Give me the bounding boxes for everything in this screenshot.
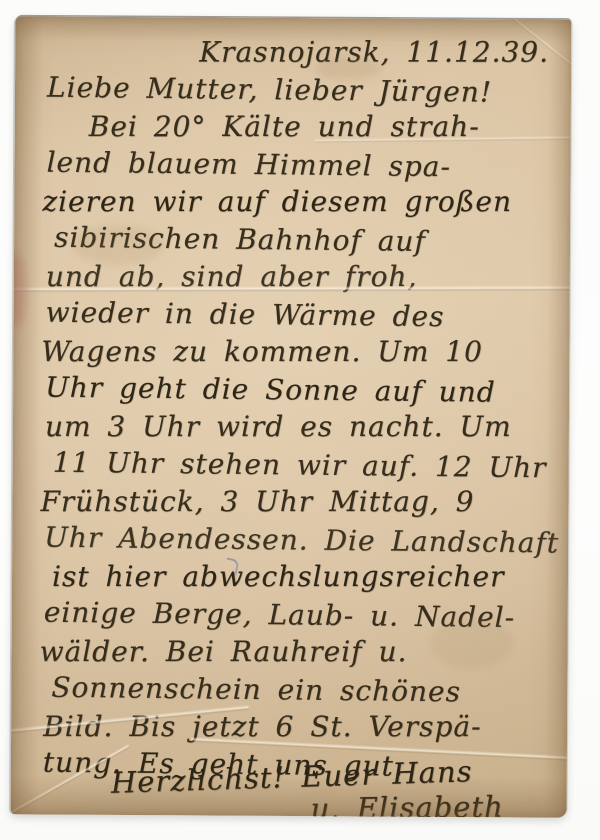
scanned-letter: Krasnojarsk, 11.12.39. Liebe Mutter, lie… <box>0 0 600 840</box>
letter-signature-line: u. Elisabeth <box>310 790 503 818</box>
letter-line: um 3 Uhr wird es nacht. Um <box>45 408 569 446</box>
letter-salutation: Liebe Mutter, lieber Jürgen! <box>47 68 571 111</box>
letter-paper: Krasnojarsk, 11.12.39. Liebe Mutter, lie… <box>11 16 572 817</box>
letter-line: lend blauem Himmel spa- <box>46 143 570 186</box>
letter-line: wieder in die Wärme des <box>45 293 569 336</box>
letter-dateline: Krasnojarsk, 11.12.39. <box>199 34 571 72</box>
letter-line: 11 Uhr stehen wir auf. 12 Uhr <box>53 443 569 486</box>
letter-line: Uhr Abendessen. Die Landschaft <box>44 518 568 561</box>
letter-line: Bild. Bis jetzt 6 St. Verspä- <box>43 708 567 745</box>
letter-line: Uhr geht die Sonne auf und <box>45 368 569 411</box>
letter-line: zieren wir auf diesem großen <box>42 183 570 221</box>
letter-line: wälder. Bei Rauhreif u. <box>40 633 568 670</box>
letter-body: Krasnojarsk, 11.12.39. Liebe Mutter, lie… <box>11 16 572 817</box>
letter-line: Bei 20° Kälte und strah- <box>89 108 571 146</box>
letter-line: Wagens zu kommen. Um 10 <box>41 333 569 371</box>
letter-line: Frühstück, 3 Uhr Mittag, 9 <box>40 483 568 521</box>
letter-line: und ab, sind aber froh, <box>46 258 570 296</box>
letter-line: sibirischen Bahnhof auf <box>54 218 570 261</box>
letter-line: ist hier abwechslungsreicher <box>52 558 568 596</box>
letter-line: Sonnenschein ein schönes <box>51 668 567 711</box>
letter-line: einige Berge, Laub- u. Nadel- <box>44 593 568 636</box>
